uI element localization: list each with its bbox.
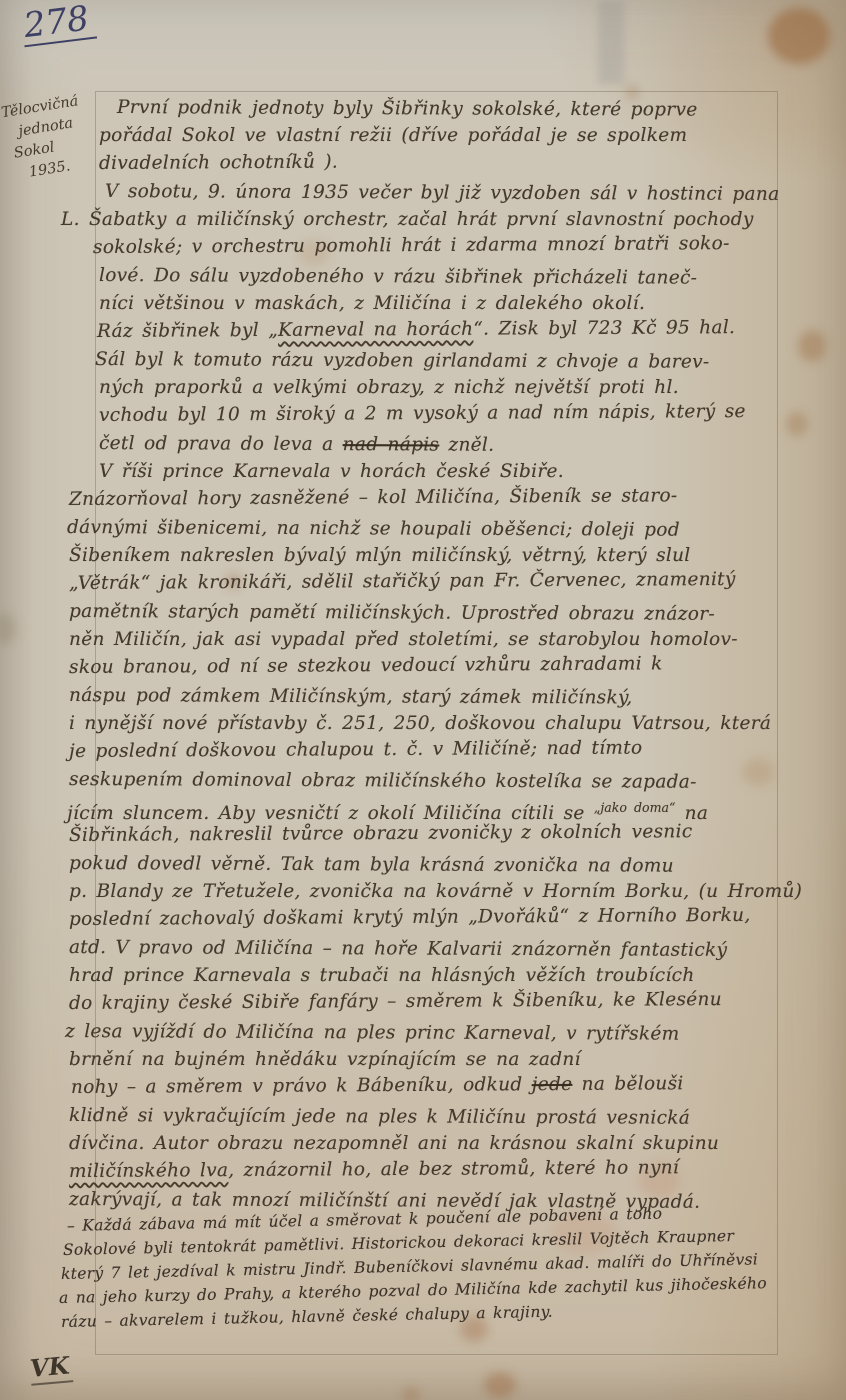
manuscript-line: náspu pod zámkem Miličínským, starý záme… xyxy=(69,682,821,713)
manuscript-line: dávnými šibenicemi, na nichž se houpali … xyxy=(67,514,821,545)
manuscript-line: do krajiny české Sibiře fanfáry – směrem… xyxy=(69,985,821,1018)
manuscript-text: Šibeníkem nakreslen bývalý mlýn miličíns… xyxy=(69,545,691,566)
manuscript-text: V sobotu, 9. února 1935 večer byl již vy… xyxy=(105,181,780,205)
manuscript-text: sokolské; v orchestru pomohli hrát i zda… xyxy=(93,233,730,258)
manuscript-line: Ráz šibřinek byl „Karneval na horách“. Z… xyxy=(97,314,821,346)
manuscript-text: První podnik jednoty byly Šibřinky sokol… xyxy=(117,97,698,121)
manuscript-text: Sál byl k tomuto rázu vyzdoben girlandam… xyxy=(95,349,710,373)
manuscript-line: z lesa vyjíždí do Miličína na ples princ… xyxy=(65,1018,821,1049)
manuscript-text: pokud dovedl věrně. Tak tam byla krásná … xyxy=(69,853,674,877)
manuscript-line: seskupením dominoval obraz miličínského … xyxy=(69,766,821,797)
manuscript-text: L. Šabatky a miličínský orchestr, začal … xyxy=(61,209,754,230)
manuscript-text: lové. Do sálu vyzdobeného v rázu šibřine… xyxy=(99,265,697,289)
manuscript-text: zněl. xyxy=(439,434,494,455)
manuscript-line: divadelních ochotníků ). xyxy=(99,146,821,178)
manuscript-text: p. Blandy ze Třetužele, zvonička na ková… xyxy=(69,881,802,902)
manuscript-text: “. Zisk byl 723 Kč 95 hal. xyxy=(473,317,735,340)
manuscript-text: seskupením dominoval obraz miličínského … xyxy=(69,769,697,793)
manuscript-line: atd. V pravo od Miličína – na hoře Kalva… xyxy=(69,934,821,965)
manuscript-text: pořádal Sokol ve vlastní režii (dříve po… xyxy=(99,125,687,146)
manuscript-line: vchodu byl 10 m široký a 2 m vysoký a na… xyxy=(99,398,821,430)
manuscript-line: četl od prava do leva a nad nápis zněl. xyxy=(99,430,821,461)
manuscript-text: ných praporků a velkými obrazy, z nichž … xyxy=(99,377,679,398)
manuscript-text: poslední zachovalý doškami krytý mlýn „D… xyxy=(69,905,751,930)
manuscript-line: skou branou, od ní se stezkou vedoucí vz… xyxy=(69,649,821,682)
manuscript-line: nohy – a směrem v právo k Bábeníku, odku… xyxy=(71,1069,821,1102)
manuscript-text: na bělouši xyxy=(572,1073,683,1095)
manuscript-text: pamětník starých pamětí miličínských. Up… xyxy=(69,601,715,625)
signature-monogram: VK xyxy=(29,1350,74,1386)
manuscript-text: vchodu byl 10 m široký a 2 m vysoký a na… xyxy=(99,401,746,426)
manuscript-line: Znázorňoval hory zasněžené – kol Miličín… xyxy=(69,481,821,514)
manuscript-text: dívčina. Autor obrazu nezapomněl ani na … xyxy=(69,1133,719,1154)
struck-text: jede xyxy=(532,1074,573,1095)
manuscript-text: dávnými šibenicemi, na nichž se houpali … xyxy=(67,517,680,541)
margin-note: Tělocvičná jednota Sokol 1935. xyxy=(0,89,102,186)
manuscript-line: miličínského lva, znázornil ho, ale bez … xyxy=(69,1153,821,1186)
manuscript-line: V sobotu, 9. února 1935 večer byl již vy… xyxy=(105,178,821,209)
manuscript-text: skou branou, od ní se stezkou vedoucí vz… xyxy=(69,653,663,678)
manuscript-text: Šibřinkách, nakreslil tvůrce obrazu zvon… xyxy=(69,821,693,846)
inserted-text: „jako doma“ xyxy=(594,800,676,815)
manuscript-text: náspu pod zámkem Miličínským, starý záme… xyxy=(69,685,633,708)
manuscript-line: Šibřinkách, nakreslil tvůrce obrazu zvon… xyxy=(69,817,821,850)
manuscript-line: Sál byl k tomuto rázu vyzdoben girlandam… xyxy=(95,346,821,377)
manuscript-line: je poslední doškovou chalupou t. č. v Mi… xyxy=(69,733,821,766)
manuscript-line: lové. Do sálu vyzdobeného v rázu šibřine… xyxy=(99,262,821,293)
manuscript-line: sokolské; v orchestru pomohli hrát i zda… xyxy=(93,230,821,262)
manuscript-text: V říši prince Karnevala v horách české S… xyxy=(99,461,564,482)
stain xyxy=(484,1372,516,1398)
manuscript-text: brnění na bujném hnědáku vzpínajícím se … xyxy=(69,1049,581,1070)
manuscript-lines: První podnik jednoty byly Šibřinky sokol… xyxy=(99,94,821,1334)
stain xyxy=(402,1388,420,1400)
manuscript-text: atd. V pravo od Miličína – na hoře Kalva… xyxy=(69,937,727,961)
wavy-underlined-text: miličínského lva xyxy=(69,1160,228,1182)
struck-text: nad nápis xyxy=(343,434,440,455)
crease-streak xyxy=(598,0,624,84)
manuscript-text: níci většinou v maskách, z Miličína i z … xyxy=(99,293,645,314)
stain xyxy=(768,8,830,64)
manuscript-text: do krajiny české Sibiře fanfáry – směrem… xyxy=(69,989,722,1014)
manuscript-text: Znázorňoval hory zasněžené – kol Miličín… xyxy=(69,485,678,510)
manuscript-text: z lesa vyjíždí do Miličína na ples princ… xyxy=(65,1021,680,1045)
manuscript-text: četl od prava do leva a xyxy=(99,433,343,455)
manuscript-text: hrad prince Karnevala s trubači na hlásn… xyxy=(69,965,695,986)
manuscript-text: i nynější nové přístavby č. 251, 250, do… xyxy=(69,713,771,734)
manuscript-text: klidně si vykračujícím jede na ples k Mi… xyxy=(69,1105,690,1129)
manuscript-line: klidně si vykračujícím jede na ples k Mi… xyxy=(69,1102,821,1133)
wavy-underlined-text: Karneval na horách xyxy=(278,319,473,341)
manuscript-text: Ráz šibřinek byl „ xyxy=(97,320,278,342)
manuscript-line: poslední zachovalý doškami krytý mlýn „D… xyxy=(69,901,821,934)
manuscript-text: „Větrák“ jak kronikáři, sdělil stařičký … xyxy=(69,569,736,594)
manuscript-line: První podnik jednoty byly Šibřinky sokol… xyxy=(117,94,821,125)
manuscript-line: „Větrák“ jak kronikáři, sdělil stařičký … xyxy=(69,565,821,598)
manuscript-text: něn Miličín, jak asi vypadal před stolet… xyxy=(69,629,738,650)
manuscript-text: , znázornil ho, ale bez stromů, které ho… xyxy=(228,1157,679,1181)
manuscript-text: nohy – a směrem v právo k Bábeníku, odku… xyxy=(71,1074,532,1098)
manuscript-text: divadelních ochotníků ). xyxy=(99,152,338,174)
manuscript-text: je poslední doškovou chalupou t. č. v Mi… xyxy=(69,737,643,762)
manuscript-line: pamětník starých pamětí miličínských. Up… xyxy=(69,598,821,629)
manuscript-line: pokud dovedl věrně. Tak tam byla krásná … xyxy=(69,850,821,881)
